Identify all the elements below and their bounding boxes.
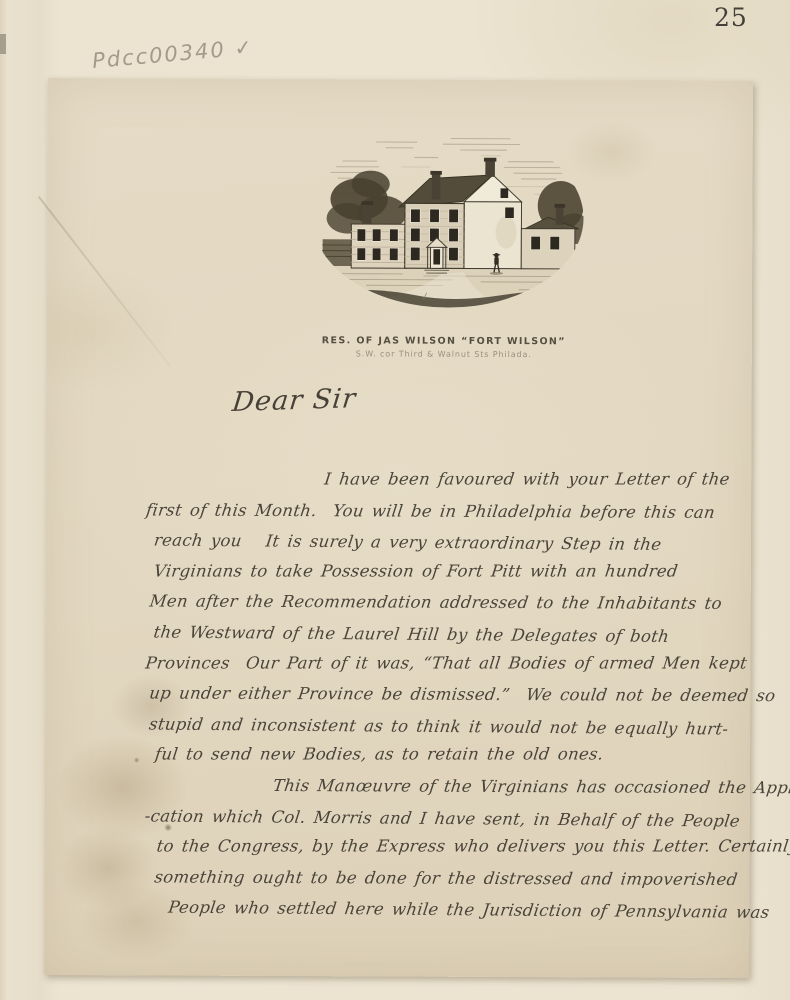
salutation: Dear Sir	[231, 385, 358, 416]
letter-line: People who settled here while the Jurisd…	[142, 893, 731, 929]
letter-line: first of this Month. You will be in Phil…	[144, 495, 733, 528]
pencil-inscription: Pdcc00340 ✓	[91, 35, 255, 74]
album-page: 25 Pdcc00340 ✓	[0, 0, 790, 1000]
letter-body: I have been favoured with your Letter of…	[144, 464, 731, 925]
letter-line: I have been favoured with your Letter of…	[144, 464, 733, 495]
letter-sheet: RES. OF JAS WILSON “FORT WILSON” S.W. co…	[44, 78, 753, 978]
letter-line: This Manœuvre of the Virginians has occa…	[143, 770, 732, 803]
page-number: 25	[714, 5, 748, 30]
album-edge-notch	[0, 34, 6, 54]
letter-line: Provinces Our Part of it was, “That all …	[144, 648, 733, 679]
fort-wilson-house-icon	[309, 124, 587, 312]
letter-line: up under either Province be dismissed.” …	[143, 679, 732, 712]
letter-line: Men after the Recommendation addressed t…	[144, 587, 733, 620]
engraving-caption-subtitle: S.W. cor Third & Walnut Sts Philada.	[164, 347, 724, 361]
letter-line: something ought to be done for the distr…	[143, 862, 732, 895]
letter-line: to the Congress, by the Express who deli…	[143, 832, 732, 863]
letter-line: ful to send new Bodies, as to retain the…	[143, 740, 732, 771]
letterhead-engraving	[309, 124, 587, 312]
letter-line: Virginians to take Possession of Fort Pi…	[144, 556, 733, 587]
engraving-caption: RES. OF JAS WILSON “FORT WILSON” S.W. co…	[164, 335, 724, 361]
